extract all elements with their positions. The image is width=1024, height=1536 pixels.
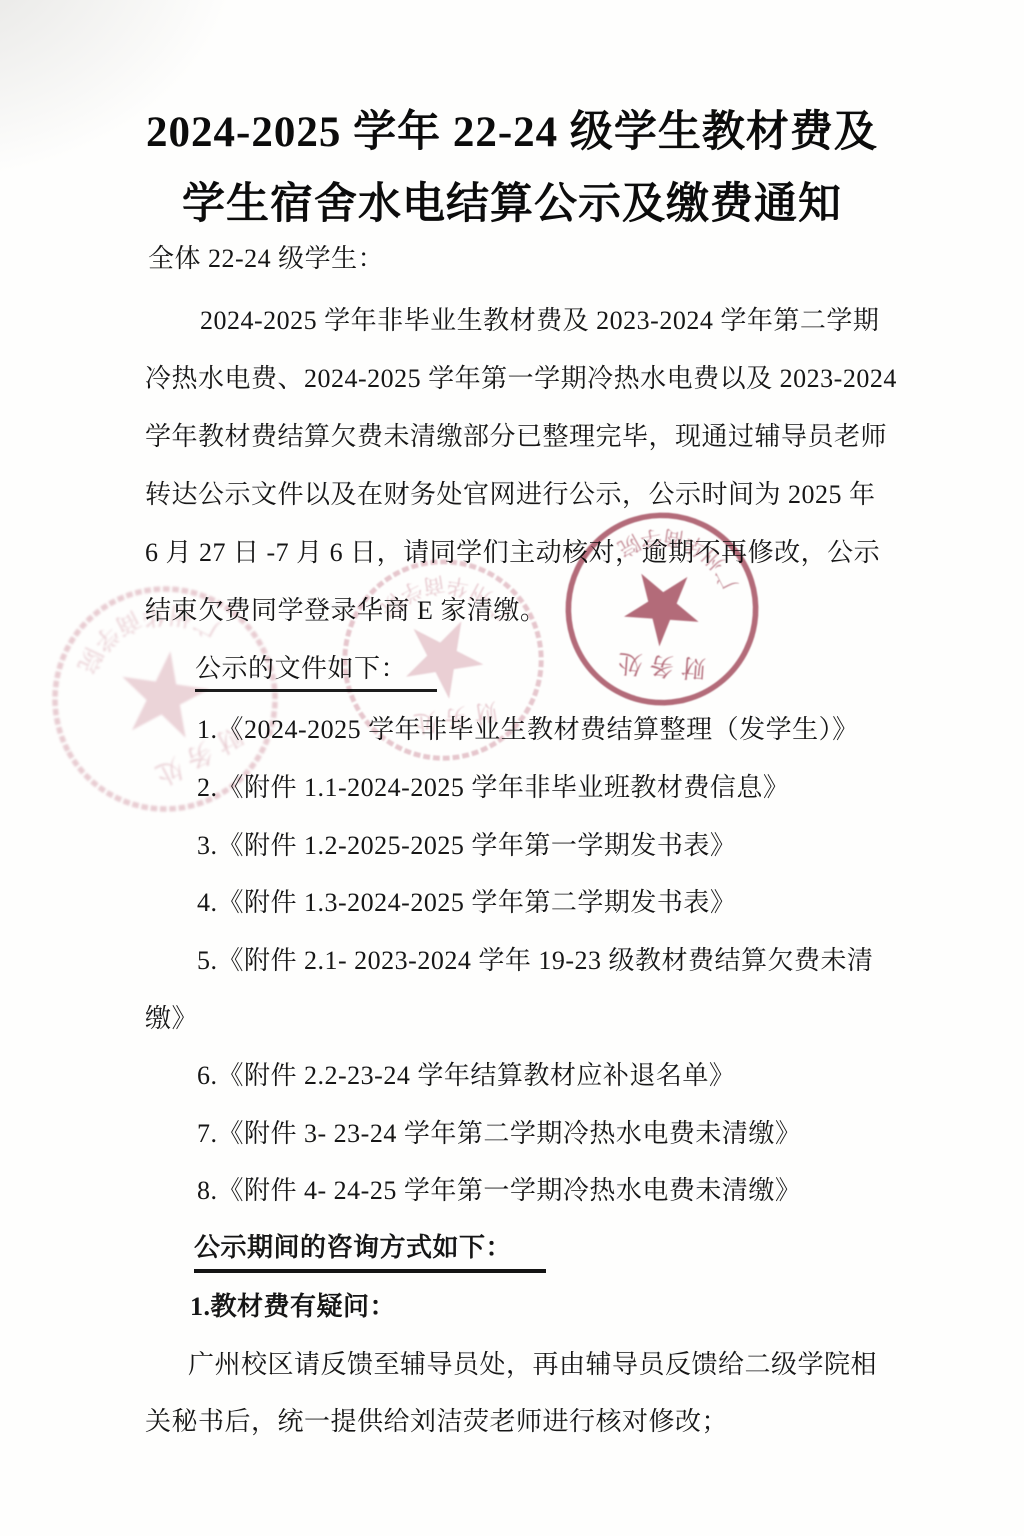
notice-title-line1: 2024-2025 学年 22-24 级学生教材费及: [0, 98, 1024, 159]
contact-item-1: 1.教材费有疑问：: [190, 1286, 396, 1323]
paragraph1-line: 转达公示文件以及在财务处官网进行公示，公示时间为 2025 年: [145, 474, 876, 511]
paragraph1-line: 冷热水电费、2024-2025 学年第一学期冷热水电费以及 2023-2024: [145, 358, 897, 395]
file-list-item: 2.《附件 1.1-2024-2025 学年非毕业班教材费信息》: [197, 767, 789, 804]
scan-shadow-artifact: [0, 0, 250, 190]
file-list-item: 5.《附件 2.1- 2023-2024 学年 19-23 级教材费结算欠费未清: [197, 940, 873, 977]
star-icon: [622, 573, 702, 649]
file-list-item: 3.《附件 1.2-2025-2025 学年第一学期发书表》: [197, 825, 736, 862]
paragraph1-line: 6 月 27 日 -7 月 6 日，请同学们主动核对，逾期不再修改，公示: [145, 532, 880, 569]
file-list-item-continuation: 缴》: [145, 998, 198, 1035]
file-list-item: 8.《附件 4- 24-25 学年第一学期冷热水电费未清缴》: [197, 1170, 801, 1207]
files-section-heading: 公示的文件如下：: [195, 648, 437, 692]
notice-title-line2: 学生宿舍水电结算公示及缴费通知: [0, 170, 1024, 231]
paragraph2-line: 关秘书后，统一提供给刘洁荧老师进行核对修改；: [145, 1401, 728, 1438]
scanned-notice-page: 2024-2025 学年 22-24 级学生教材费及 学生宿舍水电结算公示及缴费…: [0, 0, 1024, 1536]
file-list-item: 6.《附件 2.2-23-24 学年结算教材应补退名单》: [197, 1055, 735, 1092]
file-list-item: 7.《附件 3- 23-24 学年第二学期冷热水电费未清缴》: [197, 1113, 801, 1150]
salutation: 全体 22-24 级学生：: [148, 238, 384, 275]
files-heading-text: 公示的文件如下：: [195, 648, 437, 692]
file-list-item: 4.《附件 1.3-2024-2025 学年第二学期发书表》: [197, 882, 736, 919]
official-stamp-faint-left: 财务处 广州华商学院: [1, 535, 328, 862]
paragraph2-line: 广州校区请反馈至辅导员处，再由辅导员反馈给二级学院相: [188, 1344, 877, 1381]
contact-section-heading: 公示期间的咨询方式如下：: [194, 1227, 546, 1273]
paragraph1-line: 2024-2025 学年非毕业生教材费及 2023-2024 学年第二学期: [200, 300, 879, 337]
file-list-item: 1.《2024-2025 学年非毕业生教材费结算整理（发学生）》: [197, 709, 859, 746]
stamp-office-text: 财务处: [610, 648, 707, 682]
paragraph1-line: 学年教材费结算欠费未清缴部分已整理完毕，现通过辅导员老师: [145, 416, 887, 453]
contact-heading-text: 公示期间的咨询方式如下：: [194, 1227, 546, 1273]
paragraph1-line: 结束欠费同学登录华商 E 家清缴。: [145, 590, 546, 627]
